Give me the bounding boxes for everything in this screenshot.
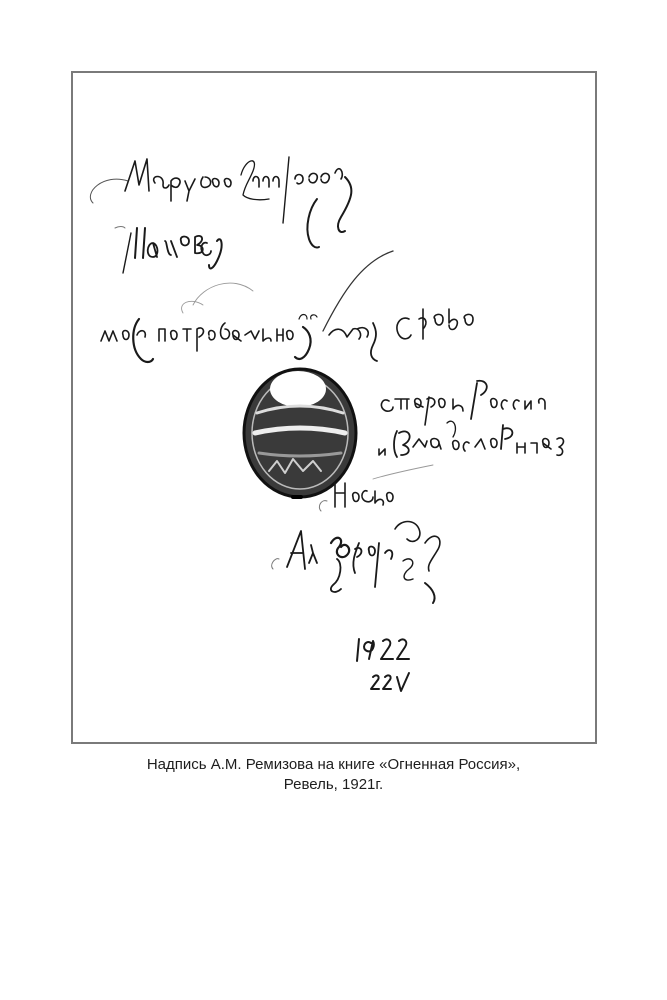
inscription-line-2 — [115, 227, 222, 274]
signature — [272, 522, 440, 604]
figure-caption: Надпись А.М. Ремизова на книге «Огненная… — [0, 755, 667, 795]
facsimile-frame: Марку Владимировичу Талову мое потребова… — [71, 71, 597, 744]
handwritten-inscription-image — [73, 73, 595, 742]
bookplate-stamp — [244, 369, 356, 497]
inscription-line-1 — [90, 157, 351, 232]
inscription-line-3 — [101, 251, 473, 362]
flourish-paren — [307, 199, 319, 248]
caption-line-1: Надпись А.М. Ремизова на книге «Огненная… — [0, 755, 667, 775]
caption-line-2: Ревель, 1921г. — [0, 775, 667, 795]
inscription-line-5 — [379, 421, 563, 457]
inscription-date — [357, 639, 409, 691]
inscription-line-4 — [381, 381, 545, 425]
